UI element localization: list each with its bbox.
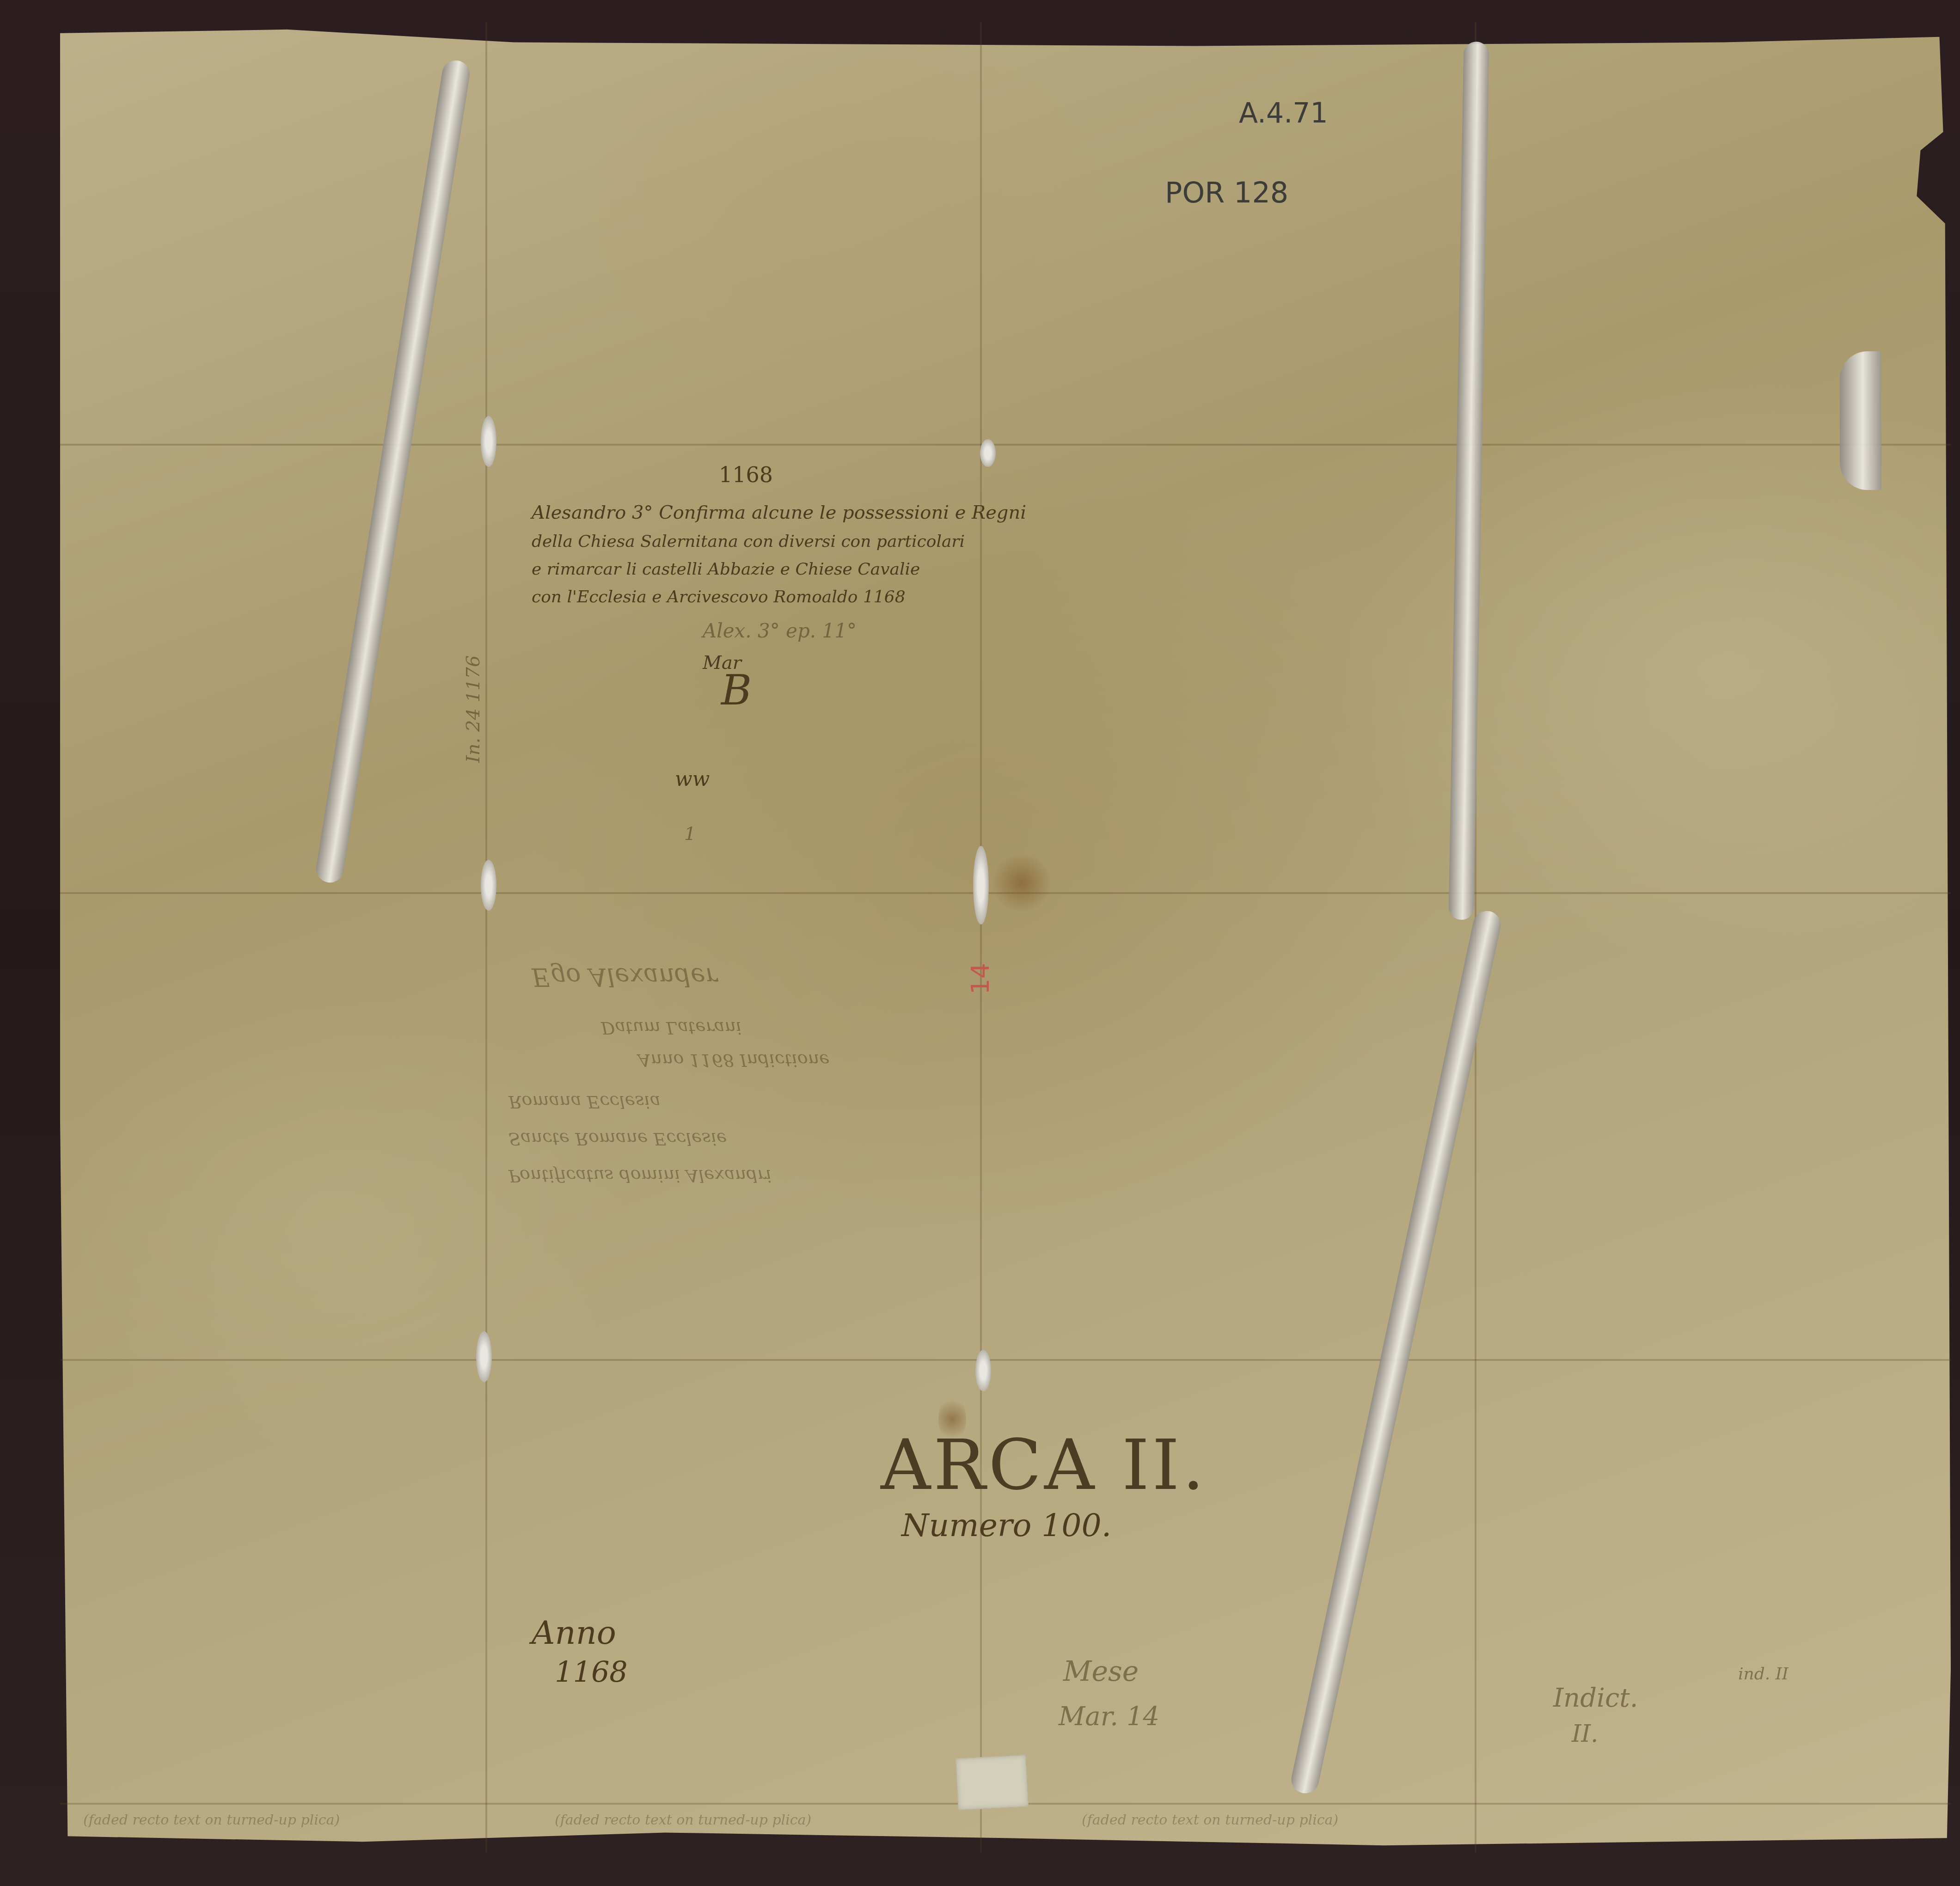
fold-hole [476,1331,492,1382]
plica-text-right: (faded recto text on turned-up plica) [1082,1812,1338,1829]
stain [989,855,1054,911]
monogram: B [721,666,752,716]
indict-value: II. [1572,1720,1599,1748]
summary-line-3: e rimarcar li castelli Abbazie e Chiese … [532,559,920,579]
fold-line [485,22,487,1853]
summary-year: 1168 [719,462,773,488]
archive-arca-heading: ARCA II. [881,1424,1207,1507]
summary-line-2: della Chiesa Salernitana con diversi con… [532,532,965,551]
summary-line-4: con l'Ecclesia e Arcivescovo Romoaldo 11… [532,587,906,607]
anno-value: 1168 [555,1655,628,1689]
red-margin-number: 14 [966,0,995,995]
showthrough-line: Romana Ecclesia [508,1091,661,1112]
indict-label: Indict. [1553,1683,1638,1714]
vertical-note: In. 24 1176 [462,655,484,763]
parchment-sheet [60,22,1951,1853]
showthrough-line: Ego Alexander [532,961,717,992]
mese-label: Mese [1063,1655,1139,1688]
fold-hole [481,860,496,911]
plica-text-left: (faded recto text on turned-up plica) [83,1812,340,1829]
mark-ww: ww [675,767,710,792]
summary-line-1: Alesandro 3° Confirma alcune le possessi… [532,502,1026,524]
showthrough-line: Sancte Romane Ecclesie [508,1128,727,1149]
showthrough-line: Datum Laterani [601,1017,741,1038]
summary-subnote-1: Alex. 3° ep. 11° [703,619,857,643]
showthrough-line: Anno 1168 Indictione [638,1049,830,1071]
mese-value: Mar. 14 [1059,1701,1159,1732]
shelfmark-por128: POR 128 [1165,176,1288,209]
fold-line [60,1359,1951,1361]
showthrough-line: Pontificatus domini Alexandri [508,1165,772,1186]
shelfmark-a471: A.4.71 [1239,97,1328,129]
plica-text-center: (faded recto text on turned-up plica) [555,1812,811,1829]
fold-hole [975,1350,991,1391]
archive-number: Numero 100. [901,1507,1111,1545]
mark-underline: 1 [684,823,696,845]
repair-patch [955,1755,1029,1810]
fold-hole [481,416,496,467]
fold-line [60,444,1951,446]
indict-extra-mark: ind. II [1738,1664,1788,1684]
edge-loss [1840,351,1881,490]
anno-label: Anno [532,1613,616,1652]
